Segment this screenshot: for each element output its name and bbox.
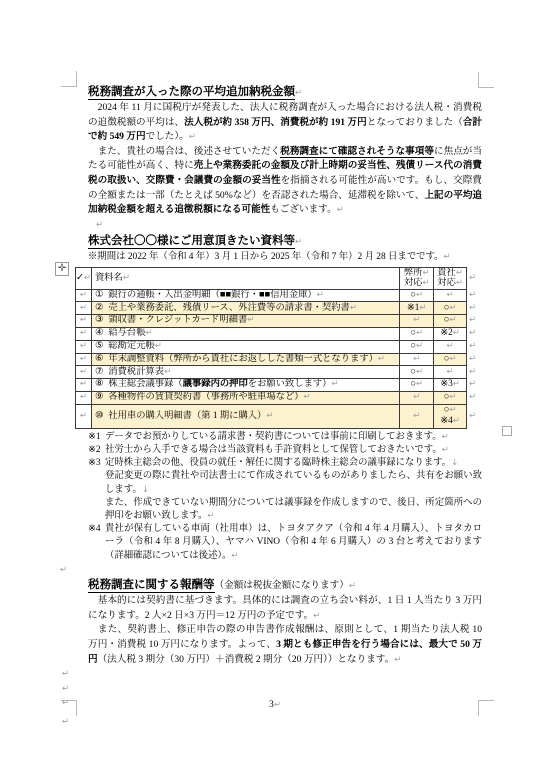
row-number: ⑦ [95,367,103,379]
formatting-mark: ↵ [447,290,454,300]
cell-check: ↵ [76,366,92,379]
cell-office-response: ※1↵ [400,302,434,315]
cell-office-response: ○↵ [400,340,434,353]
row-end-mark: ↵ [467,340,482,353]
formatting-mark: ↵ [449,392,456,402]
table-row: ↵①銀行の通帳・入出金明細（■■銀行・■■信用金庫）↵○↵↵↵ [76,289,482,302]
formatting-mark: ↵ [453,328,460,338]
formatting-mark: ↵ [413,315,420,325]
formatting-mark: ↵ [442,432,449,442]
formatting-mark: ↵ [416,341,423,351]
formatting-mark: ↵ [469,354,476,364]
documents-table: ✓↵ 資料名↵ 弊所↵対応↵ 貴社↵対応↵ ↵ ↵①銀行の通帳・入出金明細（■■… [75,267,482,429]
document-page: 税務調査が入った際の平均追加納税金額↵ 2024 年 11 月に国税庁が発表した… [0,0,550,778]
cell-check: ↵ [76,328,92,341]
cell-office-response: ○↵ [400,366,434,379]
formatting-mark: ↵ [453,416,460,426]
text-run: 銀行の通帳・入出金明細（■■銀行・■■信用金庫） [108,290,316,300]
formatting-mark: ↵ [469,411,476,421]
cell-check: ↵ [76,353,92,366]
cell-office-response: ○↵ [400,328,434,341]
documents-table-body: ↵①銀行の通帳・入出金明細（■■銀行・■■信用金庫）↵○↵↵↵↵②売上や業務委託… [76,289,482,428]
text-run: となっておりました（ [367,117,463,128]
cell-line: ○↵ [434,315,466,327]
formatting-mark: ↵ [313,611,320,621]
documents-table-wrap: ✛ ✓↵ 資料名↵ 弊所↵対応↵ 貴社↵対応↵ ↵ ↵①銀行の通帳・入出金明細（… [88,267,482,429]
cell-line: ※3↵ [434,379,466,391]
table-row: ↵⑩社用車の購入明細書（第 1 期に購入）↵↵○↵※4↵↵ [76,404,482,428]
text-run: 消費税計算表 [108,367,164,377]
formatting-mark: ↵ [449,315,456,325]
cell-company-response: ※3↵ [434,379,467,392]
footnote-label: ※4 [88,523,105,563]
text-run: 株主総会議事録（ [108,379,182,389]
cell-document-name: ④給与台帳↵ [91,328,399,341]
formatting-mark: ↵ [164,367,171,377]
formatting-mark: ↵ [80,354,87,364]
table-row: ↵③領収書・クレジットカード明細書↵↵○↵↵ [76,315,482,328]
cell-company-response: ※2↵ [434,328,467,341]
row-end-mark: ↵ [467,328,482,341]
cell-line: ※1↵ [400,303,433,315]
cell-office-response: ↵ [400,353,434,366]
header-line: 対応↵ [400,278,433,289]
cell-line: ○↵ [400,379,433,391]
cell-check: ↵ [76,315,92,328]
cell-line: ※4↵ [434,416,466,428]
section2-heading: 株式会社〇〇様にご用意頂きたい資料等↵ [88,233,482,250]
formatting-mark: ↵ [189,132,196,142]
row-number: ③ [95,315,103,327]
footnote: ※3定時株主総会の他、役員の就任・解任に関する臨時株主総会の議事録になります。↓… [88,457,482,523]
cell-line: ○↵ [434,392,466,404]
cell-document-name: ⑨各種物件の賃貸契約書（事務所や駐車場など）↵ [91,392,399,405]
table-row: ↵⑨各種物件の賃貸契約書（事務所や駐車場など）↵↵○↵↵ [76,392,482,405]
text-boundary-mark-top-left [61,71,77,87]
cell-check: ↵ [76,404,92,428]
header-line: 対応↵ [434,278,466,289]
formatting-mark: ↵ [80,303,87,313]
formatting-mark: ↵ [146,328,153,338]
formatting-mark: ↵ [413,392,420,402]
cell-line: ↵ [400,392,433,404]
text-run: 法人税が約 358 万円、消費税が約 191 万円 [184,117,367,128]
text-run: （法人税 3 期分（30 万円）＋消費税 2 期分（20 万円））となります。 [98,654,395,665]
formatting-mark: ↵ [456,268,463,278]
formatting-mark: ↵ [416,367,423,377]
text-run: をお願い致します） [248,379,332,389]
formatting-mark: ↵ [350,303,357,313]
formatting-mark: ↵ [453,379,460,389]
formatting-mark: ↵ [456,278,463,288]
formatting-mark: ↓ [451,458,458,468]
empty-paragraph: ↵ [88,218,482,232]
formatting-mark: ↵ [449,354,456,364]
table-row: ↵④給与台帳↵○↵※2↵↵ [76,328,482,341]
cell-office-response: ○↵ [400,379,434,392]
text-run: 社用車の購入明細書（第 1 期に購入） [108,411,266,421]
text-run: 税務調査にて確認されそうな事項等 [280,146,434,158]
formatting-mark: ↵ [80,315,87,325]
formatting-mark: ↵ [469,328,476,338]
section3-heading-text: 税務調査に関する報酬等 [88,579,215,593]
cell-line: ↵ [434,341,466,353]
formatting-mark: ↵ [469,341,476,351]
cell-check: ↵ [76,392,92,405]
formatting-mark: ↵ [469,367,476,377]
empty-paragraph: ↵ [60,563,482,577]
row-number: ⑤ [95,341,103,353]
cell-document-name: ⑧株主総会議事録（議事録内の押印をお願い致します）↵ [91,379,399,392]
table-row: ↵⑥年末調整資料（弊所から貴社にお返しした書類一式となります）↵↵○↵↵ [76,353,482,366]
formatting-mark: ↵ [378,354,385,364]
page-footer: 3↵ [0,699,550,710]
formatting-mark: ↵ [449,405,456,415]
text-run: 年末調整資料（弊所から貴社にお返しした書類一式となります） [108,354,378,364]
row-end-mark: ↵ [467,366,482,379]
text-run: 領収書・クレジットカード明細書 [108,315,247,325]
cell-line: ↵ [434,290,466,302]
text-run: また、貴社の場合は、後述させていただく [88,146,280,157]
text-run: また、作成できていない期間分については議事録を作成しますので、後日、所定箇所への… [105,498,482,521]
footnote: ※4貴社が保有している車両（社用車）は、トヨタアクア（令和 4 年 4 月購入）… [88,523,482,563]
formatting-mark: ↵ [469,392,476,402]
formatting-mark: ↵ [80,379,87,389]
cell-company-response: ○↵ [434,302,467,315]
cell-line: ↵ [400,315,433,327]
text-run: 登記変更の際に貴社や司法書士にて作成されているものがありましたら、共有をお願い致… [105,471,482,494]
row-number: ④ [95,328,103,340]
footnote-text: 定時株主総会の他、役員の就任・解任に関する臨時株主総会の議事録になります。↓登記… [105,457,482,523]
header-name-column: 資料名↵ [91,267,399,289]
formatting-mark: ↵ [304,392,311,402]
formatting-mark: ↵ [447,341,454,351]
cell-document-name: ⑤総勘定元帳↵ [91,340,399,353]
cell-document-name: ⑥年末調整資料（弊所から貴社にお返しした書類一式となります）↵ [91,353,399,366]
formatting-mark: ↵ [416,328,423,338]
period-note: ※期間は 2022 年（令和 4 年）3 月 1 日から 2025 年（令和 7… [88,251,482,265]
section3-heading-suffix: （金額は税抜金額になります） [215,580,349,591]
table-resize-handle[interactable] [502,426,512,436]
footnote-text: 貴社が保有している車両（社用車）は、トヨタアクア（令和 4 年 4 月購入）、ト… [105,523,482,563]
formatting-mark: ↵ [469,379,476,389]
row-end-mark: ↵ [467,353,482,366]
row-end-mark: ↵ [467,267,482,289]
formatting-mark: ↵ [337,205,344,215]
cell-line: ○↵ [400,290,433,302]
row-end-mark: ↵ [467,392,482,405]
section1-heading-text: 税務調査が入った際の平均追加納税金額 [88,86,295,100]
cell-office-response: ↵ [400,315,434,328]
formatting-mark: ↵ [266,411,273,421]
row-number: ⑥ [95,354,103,366]
cell-line: ○↵ [400,341,433,353]
empty-paragraph: ↵ [62,667,482,681]
formatting-mark: ↵ [80,411,87,421]
formatting-mark: ↵ [231,551,238,561]
cell-document-name: ①銀行の通帳・入出金明細（■■銀行・■■信用金庫）↵ [91,289,399,302]
cell-company-response: ↵ [434,340,467,353]
text-run: 給与台帳 [108,328,145,338]
formatting-mark: ↵ [469,303,476,313]
header-line: 弊所↵ [400,268,433,279]
footnote-text: データでお預かりしている請求書・契約書については事前に印刷しておきます。↵ [105,431,482,444]
table-row: ↵⑧株主総会議事録（議事録内の押印をお願い致します）↵○↵※3↵↵ [76,379,482,392]
formatting-mark: ↵ [442,445,449,455]
footnote-label: ※2 [88,444,105,457]
table-row: ↵⑤総勘定元帳↵○↵↵↵ [76,340,482,353]
formatting-mark: ↵ [80,392,87,402]
documents-table-header: ✓↵ 資料名↵ 弊所↵対応↵ 貴社↵対応↵ ↵ [76,267,482,289]
cell-line: ○↵ [434,303,466,315]
cell-document-name: ③領収書・クレジットカード明細書↵ [91,315,399,328]
row-end-mark: ↵ [467,302,482,315]
section1-paragraph-1: 2024 年 11 月に国税庁が発表した、法人に税務調査が入った場合における法人… [88,101,482,145]
formatting-mark: ↵ [416,290,423,300]
row-number: ⑩ [95,411,103,423]
paragraph-mark: ↵ [295,237,302,247]
cell-office-response: ○↵ [400,289,434,302]
formatting-mark: ↵ [449,303,456,313]
formatting-mark: ↵ [413,354,420,364]
formatting-mark: ↵ [80,367,87,377]
formatting-mark: ↵ [80,290,87,300]
text-run: データでお預かりしている請求書・契約書については事前に印刷しておきます。 [105,432,442,442]
cell-line: ↵ [434,367,466,379]
cell-company-response: ○↵ [434,315,467,328]
text-run: もございます。 [270,204,336,215]
formatting-mark: ↵ [247,315,254,325]
footnote-label: ※3 [88,457,105,523]
footnote-text: 社労士から入手できる場合は当該資料も手許資料として保管しておきたいです。↵ [105,444,482,457]
formatting-mark: ↵ [394,655,401,665]
cell-check: ↵ [76,340,92,353]
row-end-mark: ↵ [467,315,482,328]
header-line: 貴社↵ [434,268,466,279]
formatting-mark: ↓ [142,485,149,495]
section3-paragraph-1: 基本的には契約書に基づきます。具体的には調査の立ち会い料が、1 日 1 人当たり… [88,594,482,623]
empty-paragraph: ↵ [62,682,482,696]
text-run: 貴社が保有している車両（社用車）は、トヨタアクア（令和 4 年 4 月購入）、ト… [105,524,482,560]
table-header-row: ✓↵ 資料名↵ 弊所↵対応↵ 貴社↵対応↵ ↵ [76,267,482,289]
cell-check: ↵ [76,289,92,302]
text-run: 各種物件の賃貸契約書（事務所や駐車場など） [108,392,303,402]
document-body: 税務調査が入った際の平均追加納税金額↵ 2024 年 11 月に国税庁が発表した… [88,84,482,710]
section3-paragraph-2: また、契約書上、修正申告の際の申告書作成報酬は、原則として、1 期当たり法人税 … [88,623,482,667]
row-number: ⑨ [95,392,103,404]
paragraph-mark: ↵ [295,88,302,98]
section1-paragraph-2: また、貴社の場合は、後述させていただく税務調査にて確認されそうな事項等に焦点が当… [88,145,482,218]
table-move-handle[interactable]: ✛ [55,262,69,276]
footnote-label: ※1 [88,431,105,444]
formatting-mark: ↵ [207,511,214,521]
text-run: 社労士から入手できる場合は当該資料も手許資料として保管しておきたいです。 [105,445,442,455]
cell-document-name: ⑩社用車の購入明細書（第 1 期に購入）↵ [91,404,399,428]
formatting-mark: ↵ [413,411,420,421]
formatting-mark: ↵ [469,290,476,300]
formatting-mark: ↵ [331,379,338,389]
text-run: 定時株主総会の他、役員の就任・解任に関する臨時株主総会の議事録になります。 [105,458,451,468]
formatting-mark: ↵ [80,341,87,351]
formatting-mark: ↵ [469,315,476,325]
text-run: でした）。 [146,131,189,142]
header-office-column: 弊所↵対応↵ [400,267,434,289]
row-number: ⑧ [95,379,103,391]
row-end-mark: ↵ [467,379,482,392]
row-number: ② [95,303,103,315]
cell-document-name: ⑦消費税計算表↵ [91,366,399,379]
formatting-mark: ↵ [317,290,324,300]
cell-company-response: ○↵※4↵ [434,404,467,428]
row-number: ① [95,290,103,302]
text-run: 基本的には契約書に基づきます。具体的には調査の立ち会い料が、1 日 1 人当たり… [88,595,482,621]
text-run: 売上や業務委託、残債リース、外注費等の請求書・契約書 [108,303,350,313]
text-run: 議事録内の押印 [183,379,248,389]
cell-company-response: ↵ [434,289,467,302]
footnotes: ※1データでお預かりしている請求書・契約書については事前に印刷しておきます。↵※… [88,431,482,563]
section1-heading: 税務調査が入った際の平均追加納税金額↵ [88,84,482,101]
cell-line: ○↵ [400,367,433,379]
cell-company-response: ○↵ [434,353,467,366]
cell-line: ○↵ [400,328,433,340]
cell-check: ↵ [76,379,92,392]
formatting-mark: ↵ [80,328,87,338]
footnote: ※2社労士から入手できる場合は当該資料も手許資料として保管しておきたいです。↵ [88,444,482,457]
formatting-mark: ↵ [422,268,429,278]
text-run: 総勘定元帳 [108,341,155,351]
formatting-mark: ↵ [422,278,429,288]
table-row: ↵⑦消費税計算表↵○↵↵↵ [76,366,482,379]
section2-heading-text: 株式会社〇〇様にご用意頂きたい資料等 [88,235,295,249]
header-check-column: ✓↵ [76,267,92,289]
cell-line: ○↵ [434,354,466,366]
footnote: ※1データでお預かりしている請求書・契約書については事前に印刷しておきます。↵ [88,431,482,444]
formatting-mark: ↵ [447,367,454,377]
empty-paragraph: ↵ [62,716,69,727]
formatting-mark: ↵ [419,303,426,313]
formatting-mark: ↵ [155,341,162,351]
section3-heading: 税務調査に関する報酬等（金額は税抜金額になります）↵ [88,577,482,594]
cell-check: ↵ [76,302,92,315]
cell-line: ↵ [400,354,433,366]
cell-office-response: ↵ [400,404,434,428]
cell-company-response: ○↵ [434,392,467,405]
table-row: ↵②売上や業務委託、残債リース、外注費等の請求書・契約書↵※1↵○↵↵ [76,302,482,315]
paragraph-mark: ↵ [349,581,356,591]
cell-line: ※2↵ [434,328,466,340]
header-company-column: 貴社↵対応↵ [434,267,467,289]
cell-company-response: ↵ [434,366,467,379]
cell-office-response: ↵ [400,392,434,405]
cell-document-name: ②売上や業務委託、残債リース、外注費等の請求書・契約書↵ [91,302,399,315]
cell-line: ○↵ [434,405,466,417]
row-end-mark: ↵ [467,289,482,302]
row-end-mark: ↵ [467,404,482,428]
formatting-mark: ↵ [416,379,423,389]
cell-line: ↵ [400,411,433,423]
